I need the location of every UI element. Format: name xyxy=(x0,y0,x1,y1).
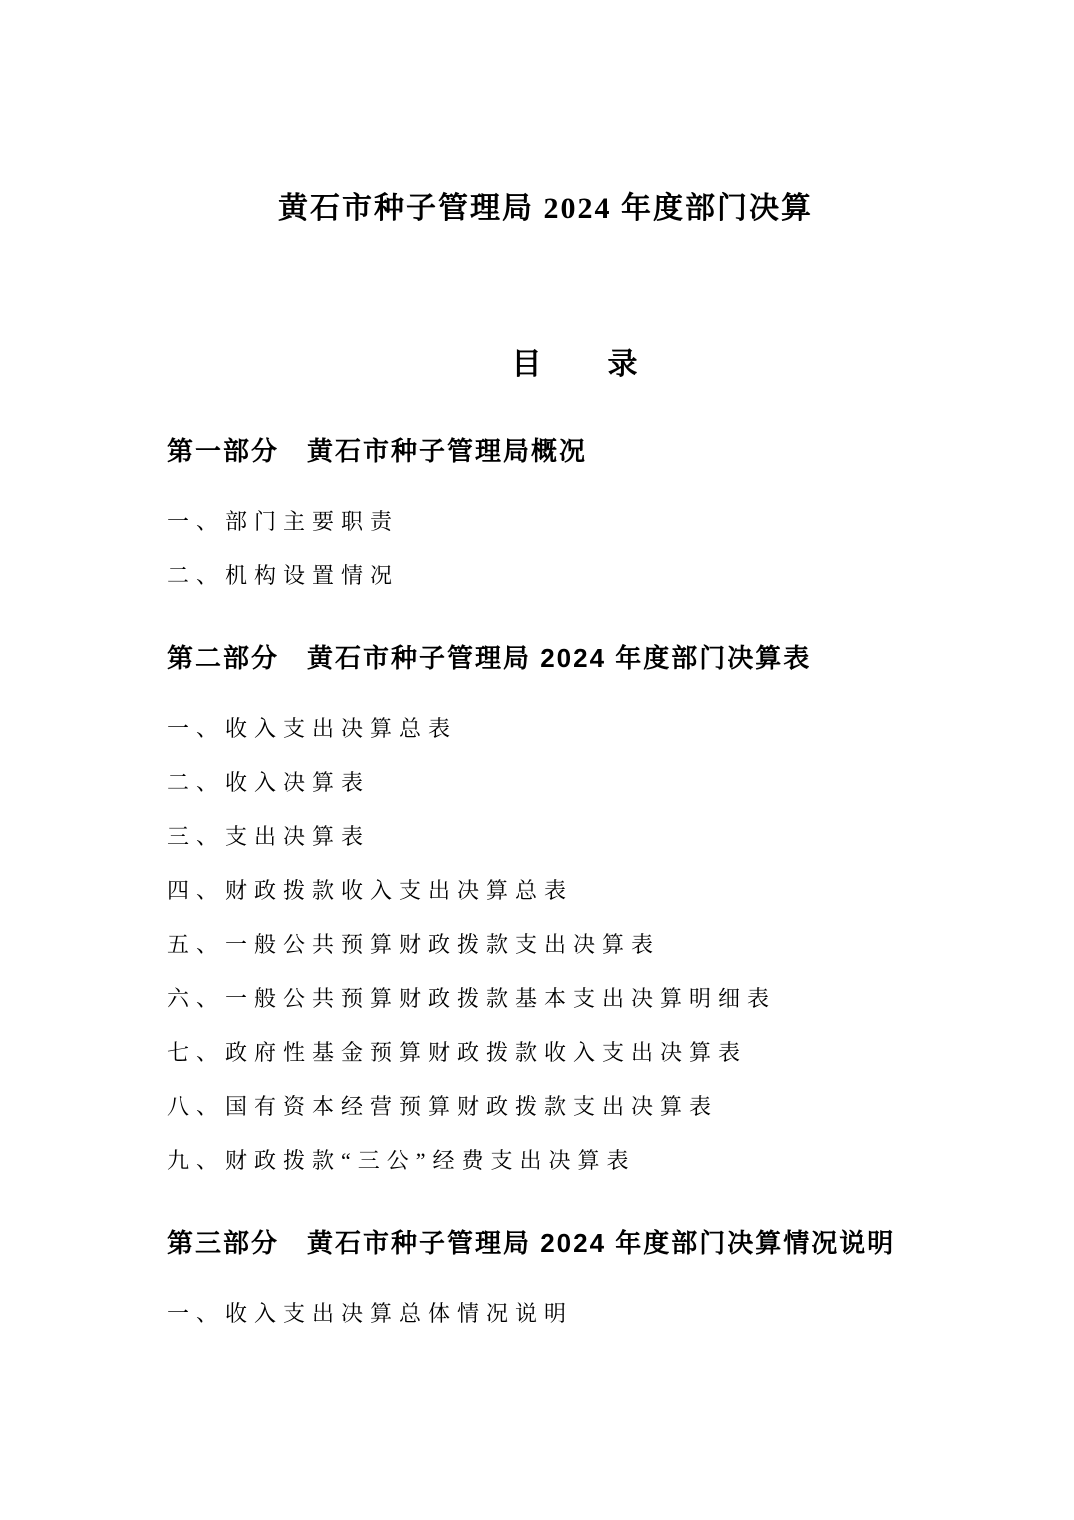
toc-section-heading-part3: 第三部分 黄石市种子管理局 2024 年度部门决算情况说明 xyxy=(167,1226,924,1260)
document-title: 黄石市种子管理局 2024 年度部门决算 xyxy=(167,190,924,228)
toc-section-heading-part1: 第一部分 黄石市种子管理局概况 xyxy=(167,434,924,468)
toc-section-heading-part2: 第二部分 黄石市种子管理局 2024 年度部门决算表 xyxy=(167,641,924,675)
toc-item: 四、财政拨款收入支出决算总表 xyxy=(167,875,924,906)
toc-item: 二、机构设置情况 xyxy=(167,560,924,591)
toc-title: 目 录 xyxy=(227,346,924,384)
toc-item: 三、支出决算表 xyxy=(167,821,924,852)
document-body: 黄石市种子管理局 2024 年度部门决算 目 录 第一部分 黄石市种子管理局概况… xyxy=(0,0,1074,1520)
toc-item: 一、收入支出决算总表 xyxy=(167,713,924,744)
toc-item: 一、部门主要职责 xyxy=(167,506,924,537)
toc-item: 九、财政拨款“三公”经费支出决算表 xyxy=(167,1145,924,1176)
toc-item: 五、一般公共预算财政拨款支出决算表 xyxy=(167,929,924,960)
toc-item: 六、一般公共预算财政拨款基本支出决算明细表 xyxy=(167,983,924,1014)
toc-item: 八、国有资本经营预算财政拨款支出决算表 xyxy=(167,1091,924,1122)
document-page: { "page": { "title": "黄石市种子管理局 2024 年度部门… xyxy=(0,0,1074,1520)
toc-item: 二、收入决算表 xyxy=(167,767,924,798)
toc-item: 七、政府性基金预算财政拨款收入支出决算表 xyxy=(167,1037,924,1068)
toc-item: 一、收入支出决算总体情况说明 xyxy=(167,1298,924,1329)
